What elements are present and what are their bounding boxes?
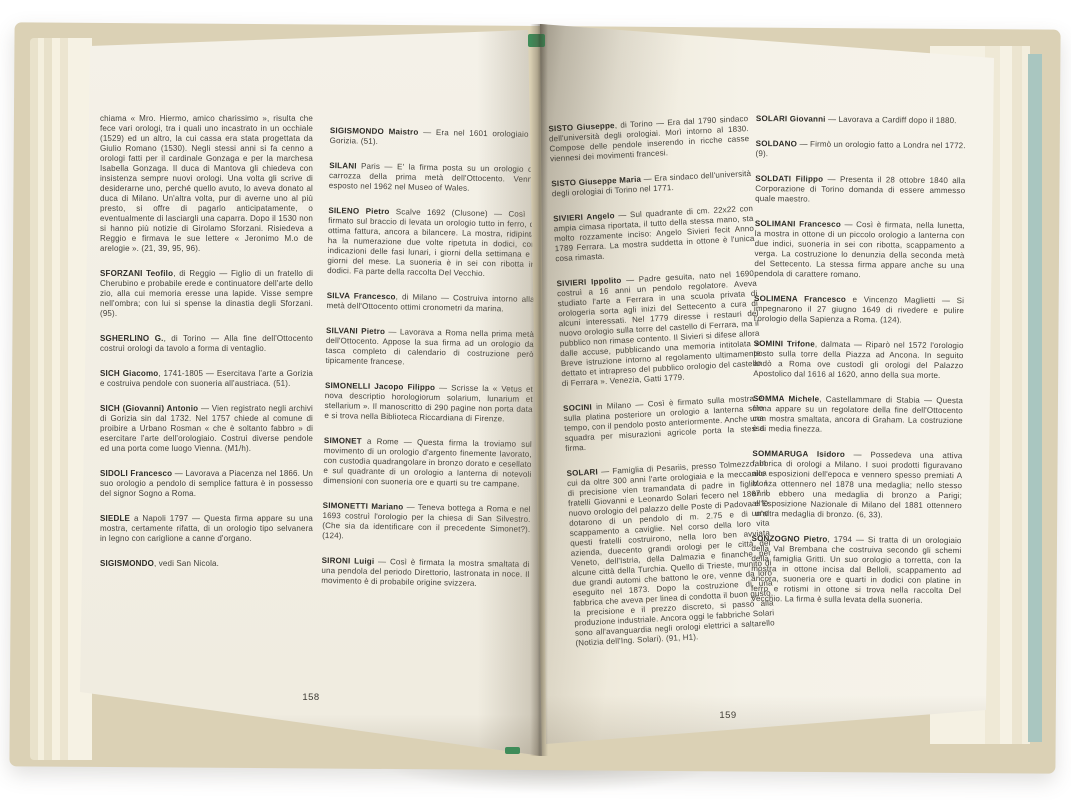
dictionary-entry: SIRONI Luigi — Così è firmata la mostra … <box>321 556 530 590</box>
page-158-column-2: SIGISMONDO Maistro — Era nel 1601 orolog… <box>321 126 538 605</box>
dictionary-entry: SICH Giacomo, 1741-1805 — Esercitava l'a… <box>100 369 313 389</box>
dictionary-entry: SIGISMONDO, vedi San Nicola. <box>100 559 313 569</box>
entry-headword: SIVIERI Ippolito <box>556 276 621 288</box>
entry-headword: SFORZANI Teofilo <box>100 269 173 278</box>
dictionary-entry: SIMONET a Rome — Questa firma la troviam… <box>323 436 532 490</box>
entry-headword: SOMINI Trifone <box>754 339 815 349</box>
page-number-left: 158 <box>80 692 542 703</box>
entry-headword: SGHERLINO G. <box>100 334 164 343</box>
dictionary-entry: SOMINI Trifone, dalmata — Riparò nel 157… <box>753 339 963 381</box>
dictionary-entry: SFORZANI Teofilo, di Reggio — Figlio di … <box>100 269 313 319</box>
dictionary-entry: SOLIMANI Francesco — Così è firmata, nel… <box>754 219 965 281</box>
entry-headword: SOLIMENA Francesco <box>754 294 846 304</box>
dictionary-entry: SIMONELLI Jacopo Filippo — Scrisse la « … <box>324 381 533 425</box>
entry-headword: SOLARI <box>566 467 598 478</box>
dictionary-entry: SOLDATI Filippo — Presenta il 28 ottobre… <box>755 174 965 206</box>
dictionary-entry: SOLARI — Famiglia di Pesariis, presso To… <box>566 459 775 649</box>
entry-headword: SILENO Pietro <box>328 206 389 216</box>
dictionary-entry: SISTO Giuseppe, di Torino — Era dal 1790… <box>548 114 750 164</box>
dictionary-entry: SONZOGNO Pietro, 1794 — Si tratta di un … <box>751 534 962 606</box>
entry-headword: SISTO Giuseppe <box>548 121 615 133</box>
entry-headword: SOLDATI Filippo <box>755 174 823 184</box>
dictionary-entry: SILANI Paris — E' la firma posta su un o… <box>329 161 538 195</box>
dictionary-entry: SILVANI Pietro — Lavorava a Roma nella p… <box>325 326 534 370</box>
entry-headword: SIMONELLI Jacopo Filippo <box>325 381 435 392</box>
entry-headword: SIVIERI Angelo <box>553 211 615 223</box>
entry-headword: SONZOGNO Pietro <box>752 534 828 544</box>
book-page-right: SISTO Giuseppe, di Torino — Era dal 1790… <box>538 22 996 746</box>
entry-headword: SILVANI Pietro <box>326 326 385 336</box>
dictionary-entry: SOCINI in Milano — Così è firmato sulla … <box>563 394 765 454</box>
page-159-column-1: SISTO Giuseppe, di Torino — Era dal 1790… <box>548 114 776 664</box>
entry-headword: SILANI <box>329 161 357 171</box>
dictionary-entry: SILVA Francesco, di Milano — Costruiva i… <box>326 291 534 315</box>
entry-headword: SOCINI <box>563 403 592 413</box>
entry-headword: SISTO Giuseppe Maria <box>551 175 641 189</box>
dictionary-entry: SISTO Giuseppe Maria — Era sindaco dell'… <box>551 169 752 199</box>
entry-headword: SIEDLE <box>100 514 130 523</box>
dictionary-entry: SOLIMENA Francesco e Vincenzo Maglietti … <box>754 294 964 326</box>
page-158-column-1: chiama « Mro. Hiermo, amico charissimo »… <box>100 114 313 584</box>
dictionary-entry: SOMMA Michele, Castellammare di Stabia —… <box>753 394 963 436</box>
dictionary-entry: SIVIERI Angelo — Sul quadrante di cm. 22… <box>553 204 755 264</box>
book-page-left: chiama « Mro. Hiermo, amico charissimo »… <box>80 30 542 758</box>
entry-headword: SOLARI Giovanni <box>756 114 826 124</box>
dictionary-entry: SIVIERI Ippolito — Padre gesuita, nato n… <box>556 269 761 389</box>
entry-headword: SILVA Francesco <box>327 291 396 301</box>
entry-headword: SOLIMANI Francesco <box>755 219 841 229</box>
entry-headword: SIMONET <box>324 436 362 446</box>
headband-bottom <box>505 747 520 754</box>
dictionary-entry: SIEDLE a Napoli 1797 — Questa firma appa… <box>100 514 313 544</box>
dictionary-entry: SICH (Giovanni) Antonio — Vien registrat… <box>100 404 313 454</box>
dictionary-entry: chiama « Mro. Hiermo, amico charissimo »… <box>100 114 313 254</box>
entry-headword: SIDOLI Francesco <box>100 469 172 478</box>
dictionary-entry: SIDOLI Francesco — Lavorava a Piacenza n… <box>100 469 313 499</box>
entry-headword: SICH (Giovanni) Antonio <box>100 404 198 413</box>
dictionary-entry: SOLDANO — Firmò un orologio fatto a Lond… <box>756 139 966 161</box>
dictionary-entry: SOLARI Giovanni — Lavorava a Cardiff dop… <box>756 114 966 126</box>
entry-headword: SICH Giacomo <box>100 369 158 378</box>
entry-headword: SIGISMONDO <box>100 559 154 568</box>
dictionary-entry: SIMONETTI Mariano — Teneva bottega a Rom… <box>322 501 531 545</box>
page-number-right: 159 <box>688 710 768 721</box>
entry-headword: SOMMA Michele <box>753 394 819 404</box>
entry-headword: SOLDANO <box>756 139 797 148</box>
dictionary-entry: SILENO Pietro Scalve 1692 (Clusone) — Co… <box>327 206 536 280</box>
endpaper-strip <box>1028 54 1042 742</box>
entry-headword: SIGISMONDO Maistro <box>330 126 419 137</box>
dictionary-entry: SOMMARUGA Isidoro — Possedeva una attiva… <box>752 449 963 521</box>
entry-headword: SIMONETTI Mariano <box>323 501 404 512</box>
headband-top <box>528 34 545 47</box>
entry-headword: SIRONI Luigi <box>322 556 375 566</box>
dictionary-entry: SIGISMONDO Maistro — Era nel 1601 orolog… <box>330 126 538 150</box>
dictionary-entry: SGHERLINO G., di Torino — Alla fine dell… <box>100 334 313 354</box>
book-photo: chiama « Mro. Hiermo, amico charissimo »… <box>0 0 1071 800</box>
entry-headword: SOMMARUGA Isidoro <box>752 449 845 459</box>
page-159-column-2: SOLARI Giovanni — Lavorava a Cardiff dop… <box>751 114 966 621</box>
